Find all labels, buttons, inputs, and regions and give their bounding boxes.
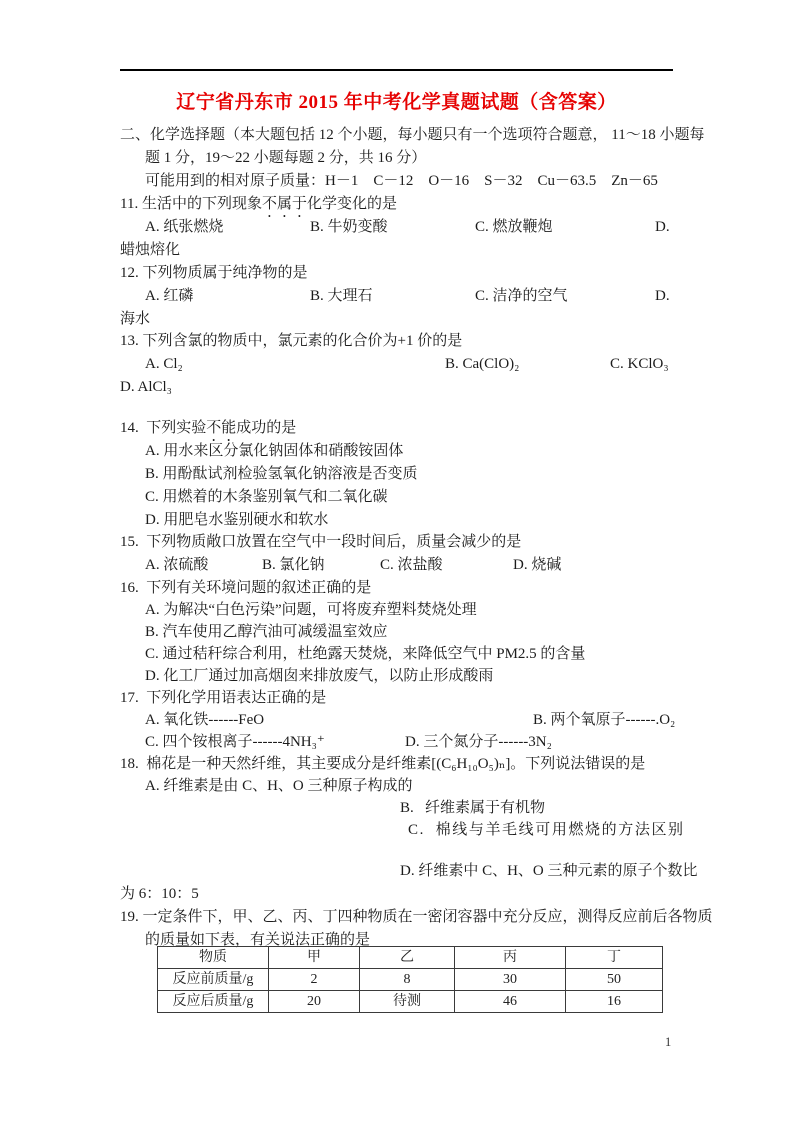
q13-option-b: B. Ca(ClO)₂ bbox=[445, 353, 519, 375]
q11-stem-pre: 11. 生活中的下列现象 bbox=[120, 196, 262, 212]
table-row: 反应前质量/g 2 8 30 50 bbox=[158, 969, 663, 991]
q16-option-c: C. 通过秸秆综合利用，杜绝露天焚烧，来降低空气中 PM2.5 的含量 bbox=[0, 643, 793, 665]
q18-option-d-wrap: 为 6：10：5 bbox=[0, 883, 793, 905]
q15-option-c: C. 浓盐酸 bbox=[380, 554, 443, 576]
q14-option-d: D. 用肥皂水鉴别硬水和软水 bbox=[0, 509, 793, 531]
table-cell: 50 bbox=[566, 969, 663, 991]
page-number: 1 bbox=[665, 1035, 671, 1050]
header-rule bbox=[120, 69, 673, 71]
q18-option-a: A. 纤维素是由 C、H、O 三种原子构成的 bbox=[0, 775, 793, 797]
q16-option-b: B. 汽车使用乙醇汽油可减缓温室效应 bbox=[0, 621, 793, 643]
q17-option-b: B. 两个氧原子------.O₂ bbox=[533, 709, 675, 731]
q13-option-a: A. Cl₂ bbox=[145, 353, 183, 375]
q15-stem: 15. 下列物质敞口放置在空气中一段时间后，质量会减少的是 bbox=[0, 531, 793, 553]
q12-option-d-wrap: 海水 bbox=[0, 308, 793, 330]
q11-stem: 11. 生活中的下列现象不属于化学变化的是 bbox=[0, 193, 793, 215]
table-cell: 30 bbox=[455, 969, 566, 991]
q14-stem-pre: 14. 下列实验 bbox=[120, 420, 206, 436]
q11-option-b: B. 牛奶变酸 bbox=[310, 216, 388, 238]
q16-stem: 16. 下列有关环境问题的叙述正确的是 bbox=[0, 577, 793, 599]
q12-option-a: A. 红磷 bbox=[145, 285, 193, 307]
section-intro-line2: 题 1 分，19～22 小题每题 2 分，共 16 分） bbox=[0, 147, 793, 169]
q17-options-ab: A. 氧化铁------FeO B. 两个氧原子------.O₂ bbox=[0, 709, 793, 731]
q17-option-c: C. 四个铵根离子------4NH₃⁺ bbox=[145, 731, 325, 753]
table-cell: 46 bbox=[455, 991, 566, 1013]
section-intro-text: 二、化学选择题（本大题包括 12 个小题，每小题只有一个选项符合题意， 11～1… bbox=[120, 124, 704, 146]
q18-option-b: B. 纤维素属于有机物 bbox=[0, 797, 793, 819]
table-header-cell: 丙 bbox=[455, 947, 566, 969]
table-cell: 待测 bbox=[360, 991, 455, 1013]
q12-options: A. 红磷 B. 大理石 C. 洁净的空气 D. bbox=[0, 285, 793, 307]
q14-stem-emphasis: 不能 bbox=[206, 420, 236, 436]
table-header-cell: 丁 bbox=[566, 947, 663, 969]
q12-stem: 12. 下列物质属于纯净物的是 bbox=[0, 262, 793, 284]
q12-option-b: B. 大理石 bbox=[310, 285, 373, 307]
q18-stem: 18. 棉花是一种天然纤维，其主要成分是纤维素[(C₆H₁₀O₅)ₙ]。下列说法… bbox=[0, 753, 793, 775]
q15-option-a: A. 浓硫酸 bbox=[145, 554, 208, 576]
section-intro-text: 题 1 分，19～22 小题每题 2 分，共 16 分） bbox=[145, 147, 426, 169]
table-header-row: 物质 甲 乙 丙 丁 bbox=[158, 947, 663, 969]
q13-option-c: C. KClO₃ bbox=[610, 353, 669, 375]
q13-stem: 13. 下列含氯的物质中，氯元素的化合价为+1 价的是 bbox=[0, 330, 793, 352]
table-cell: 8 bbox=[360, 969, 455, 991]
q18-option-c: C. 棉线与羊毛线可用燃烧的方法区别 bbox=[0, 819, 793, 841]
table-header-cell: 物质 bbox=[158, 947, 269, 969]
q13-option-d: D. AlCl₃ bbox=[0, 376, 793, 398]
exam-document-page: 辽宁省丹东市 2015 年中考化学真题试题（含答案） 二、化学选择题（本大题包括… bbox=[0, 0, 793, 1122]
table-header-cell: 甲 bbox=[269, 947, 360, 969]
table-cell: 16 bbox=[566, 991, 663, 1013]
q17-option-d: D. 三个氮分子------3N₂ bbox=[405, 731, 552, 753]
q11-option-d-wrap: 蜡烛熔化 bbox=[0, 239, 793, 261]
q13-options: A. Cl₂ B. Ca(ClO)₂ C. KClO₃ bbox=[0, 353, 793, 375]
q12-option-c: C. 洁净的空气 bbox=[475, 285, 568, 307]
section-intro-line1: 二、化学选择题（本大题包括 12 个小题，每小题只有一个选项符合题意， 11～1… bbox=[0, 124, 793, 146]
q17-stem: 17. 下列化学用语表达正确的是 bbox=[0, 687, 793, 709]
q14-option-b: B. 用酚酞试剂检验氢氧化钠溶液是否变质 bbox=[0, 463, 793, 485]
table-cell: 2 bbox=[269, 969, 360, 991]
q11-option-a: A. 纸张燃烧 bbox=[145, 216, 223, 238]
table-row: 反应后质量/g 20 待测 46 16 bbox=[158, 991, 663, 1013]
atomic-masses-text: 可能用到的相对原子质量：H－1 C－12 O－16 S－32 Cu－63.5 Z… bbox=[145, 170, 658, 192]
page-title: 辽宁省丹东市 2015 年中考化学真题试题（含答案） bbox=[110, 88, 683, 118]
q11-stem-emphasis: 不属于 bbox=[262, 196, 307, 212]
q14-stem: 14. 下列实验不能成功的是 bbox=[0, 417, 793, 439]
q18-option-d: D. 纤维素中 C、H、O 三种元素的原子个数比 bbox=[0, 860, 793, 882]
q19-stem-line1: 19. 一定条件下，甲、乙、丙、丁四种物质在一密闭容器中充分反应，测得反应前后各… bbox=[0, 906, 793, 928]
q11-options: A. 纸张燃烧 B. 牛奶变酸 C. 燃放鞭炮 D. bbox=[0, 216, 793, 238]
q11-option-c: C. 燃放鞭炮 bbox=[475, 216, 553, 238]
q19-mass-table: 物质 甲 乙 丙 丁 反应前质量/g 2 8 30 50 反应后质量/g 20 … bbox=[157, 946, 663, 1013]
q16-option-d: D. 化工厂通过加高烟囱来排放废气，以防止形成酸雨 bbox=[0, 665, 793, 687]
q15-option-d: D. 烧碱 bbox=[513, 554, 561, 576]
q11-stem-post: 化学变化的是 bbox=[307, 196, 397, 212]
table-cell: 反应前质量/g bbox=[158, 969, 269, 991]
q15-options: A. 浓硫酸 B. 氯化钠 C. 浓盐酸 D. 烧碱 bbox=[0, 554, 793, 576]
q16-option-a: A. 为解决“白色污染”问题，可将废弃塑料焚烧处理 bbox=[0, 599, 793, 621]
q11-option-d: D. bbox=[655, 216, 670, 238]
table-cell: 20 bbox=[269, 991, 360, 1013]
q14-option-c: C. 用燃着的木条鉴别氧气和二氧化碳 bbox=[0, 486, 793, 508]
q15-option-b: B. 氯化钠 bbox=[262, 554, 325, 576]
q14-stem-post: 成功的是 bbox=[236, 420, 296, 436]
q12-option-d: D. bbox=[655, 285, 670, 307]
table-cell: 反应后质量/g bbox=[158, 991, 269, 1013]
q17-options-cd: C. 四个铵根离子------4NH₃⁺ D. 三个氮分子------3N₂ bbox=[0, 731, 793, 753]
table-header-cell: 乙 bbox=[360, 947, 455, 969]
q14-option-a: A. 用水来区分氯化钠固体和硝酸铵固体 bbox=[0, 440, 793, 462]
q17-option-a: A. 氧化铁------FeO bbox=[145, 709, 264, 731]
atomic-masses-line: 可能用到的相对原子质量：H－1 C－12 O－16 S－32 Cu－63.5 Z… bbox=[0, 170, 793, 192]
